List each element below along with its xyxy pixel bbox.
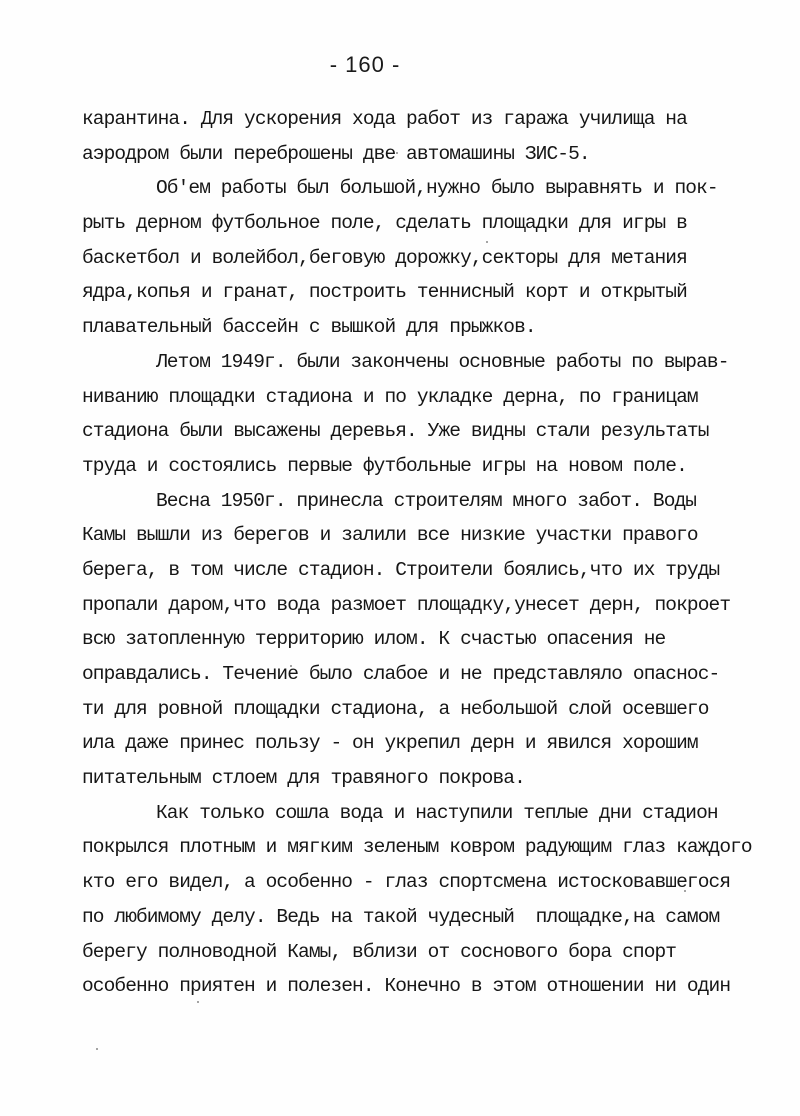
scan-speck [396,152,398,154]
paragraph-first-line: Весна 1950г. принесла строителям много з… [82,484,800,519]
text-line: рыть дерном футбольное поле, сделать пло… [82,206,800,241]
text-line: баскетбол и волейбол,беговую дорожку,сек… [82,241,800,276]
text-line: ниванию площадки стадиона и по укладке д… [82,380,800,415]
scan-speck [290,665,292,667]
text-line: труда и состоялись первые футбольные игр… [82,449,800,484]
paragraph-first-line: Как только сошла вода и наступили теплые… [82,796,800,831]
text-line: пропали даром,что вода размоет площадку,… [82,588,800,623]
text-line: карантина. Для ускорения хода работ из г… [82,102,800,137]
scan-speck [197,1001,199,1003]
text-line: Камы вышли из берегов и залили все низки… [82,518,800,553]
text-line: стадиона были высажены деревья. Уже видн… [82,414,800,449]
text-line: берегу полноводной Камы, вблизи от сосно… [82,935,800,970]
paragraph-first-line: Летом 1949г. были закончены основные раб… [82,345,800,380]
scan-speck [479,707,481,709]
text-line: оправдались. Течение было слабое и не пр… [82,657,800,692]
page-number: - 160 - [0,52,730,78]
body-text: карантина. Для ускорения хода работ из г… [82,102,800,1004]
scan-speck [486,241,488,243]
text-line: ила даже принес пользу - он укрепил дерн… [82,726,800,761]
text-line: по любимому делу. Ведь на такой чудесный… [82,900,800,935]
scan-speck [96,1048,98,1050]
text-line: берега, в том числе стадион. Строители б… [82,553,800,588]
text-line: особенно приятен и полезен. Конечно в эт… [82,969,800,1004]
text-line: плавательный бассейн с вышкой для прыжко… [82,310,800,345]
document-page: - 160 - карантина. Для ускорения хода ра… [0,0,800,1116]
text-line: ти для ровной площадки стадиона, а небол… [82,692,800,727]
text-line: кто его видел, а особенно - глаз спортсм… [82,865,800,900]
text-line: питательным стлоем для травяного покрова… [82,761,800,796]
text-line: аэродром были переброшены две автомашины… [82,137,800,172]
text-line: всю затопленную территорию илом. К счаст… [82,622,800,657]
paragraph-first-line: Об'ем работы был большой,нужно было выра… [82,171,800,206]
text-line: покрылся плотным и мягким зеленым ковром… [82,830,800,865]
scan-speck [684,890,686,892]
text-line: ядра,копья и гранат, построить теннисный… [82,275,800,310]
